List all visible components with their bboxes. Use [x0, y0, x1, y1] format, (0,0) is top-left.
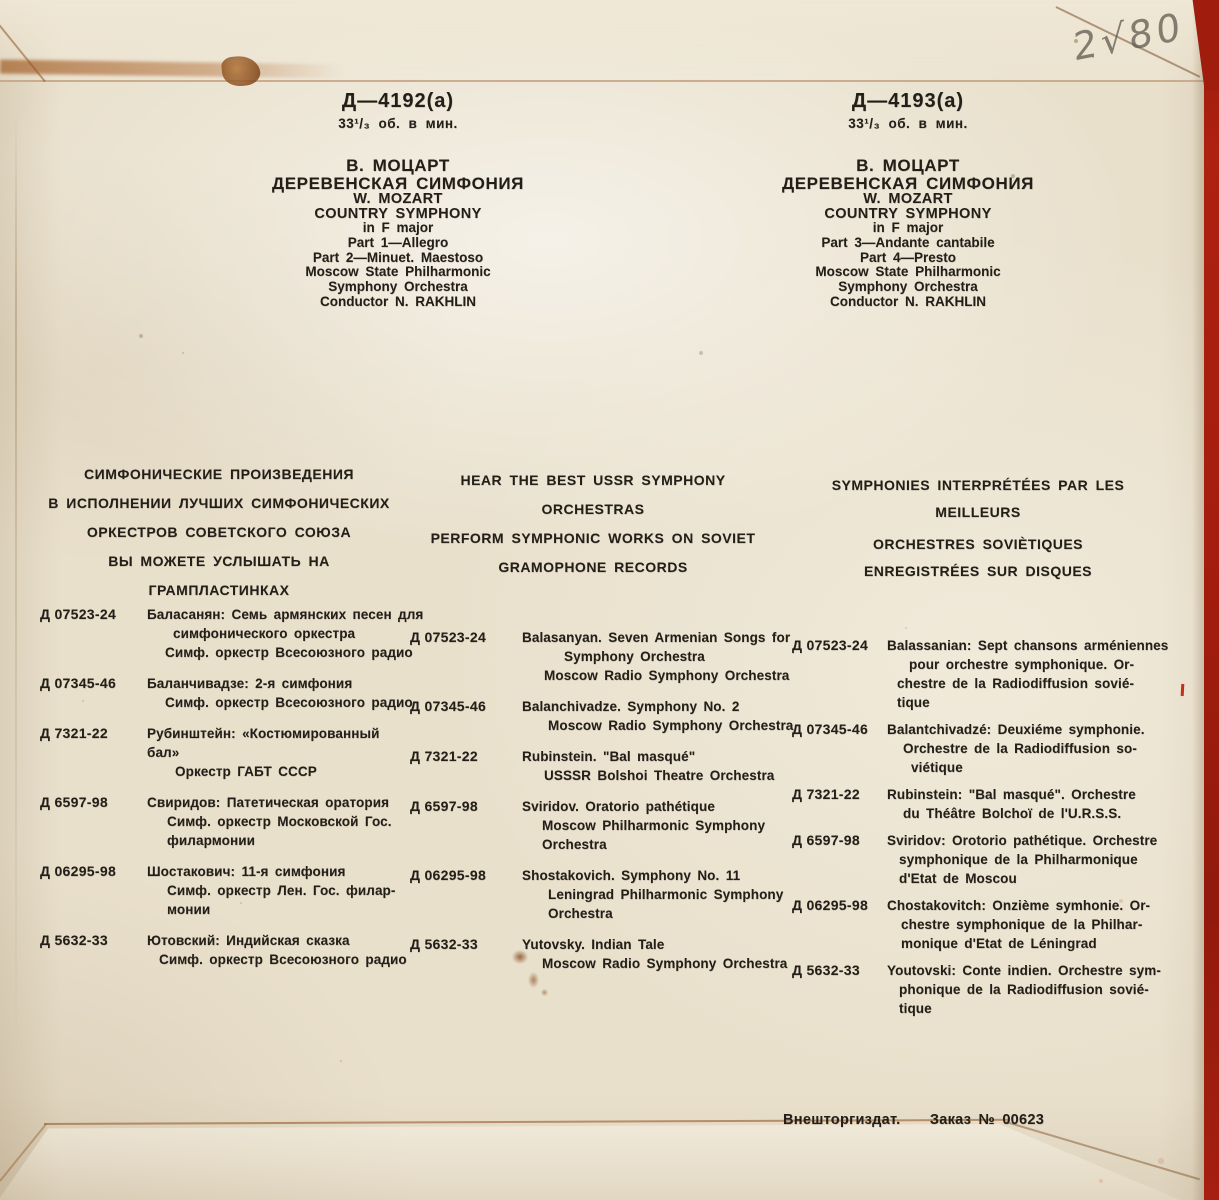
title-line-russian: В. МОЦАРТ — [743, 157, 1073, 175]
speed-line: 33¹/₃ об. в мин. — [743, 116, 1073, 131]
bottom-fold-area — [0, 1124, 1204, 1200]
catalog-entry: Д 07345-46Баланчивадзе: 2-я симфонияСимф… — [40, 674, 398, 712]
title-detail-line: Conductor N. RAKHLIN — [233, 295, 563, 310]
record-sleeve-back: 2√80 Д—4192(a) 33¹/₃ об. в мин. В. МОЦАР… — [0, 0, 1219, 1200]
column-header-line: ENREGISTRÉES SUR DISQUES — [792, 558, 1164, 585]
catalog-number: Д 06295-98 — [792, 896, 887, 953]
entry-line: Balanchivadze. Symphony No. 2 — [522, 697, 793, 716]
entry-line: Шостакович: 11-я симфония — [147, 862, 398, 881]
entry-line: Moscow Radio Symphony Orchestra — [522, 954, 787, 973]
column-header-line: ORCHESTRES SOVIÈTIQUES — [792, 531, 1164, 558]
entry-line: viétique — [887, 758, 1164, 777]
column-header-line: SYMPHONIES INTERPRÉTÉES PAR LES MEILLEUR… — [792, 472, 1164, 526]
entry-line: pour orchestre symphonique. Or- — [887, 655, 1168, 674]
title-lines: В. МОЦАРТДЕРЕВЕНСКАЯ СИМФОНИЯW. MOZARTCO… — [233, 157, 563, 310]
entry-line: Moscow Radio Symphony Orchestra — [522, 716, 793, 735]
catalog-number: Д 5632-33 — [40, 931, 147, 969]
publisher-name: Внешторгиздат. — [783, 1112, 901, 1128]
entry-line: Рубинштейн: «Костюмированный — [147, 724, 398, 743]
column-header-french: SYMPHONIES INTERPRÉTÉES PAR LES MEILLEUR… — [792, 472, 1164, 585]
entry-line: Balantchivadzé: Deuxiéme symphonie. — [887, 720, 1164, 739]
catalog-entry: Д 5632-33Ютовский: Индийская сказкаСимф.… — [40, 931, 398, 969]
entry-description: Yutovsky. Indian TaleMoscow Radio Sympho… — [522, 935, 787, 973]
catalog-entry: Д 7321-22Рубинштейн: «Костюмированныйбал… — [40, 724, 398, 781]
catalog-number: Д 7321-22 — [410, 747, 522, 785]
catalog-column-english: HEAR THE BEST USSR SYMPHONY ORCHESTRASPE… — [410, 466, 776, 985]
catalog-entry: Д 06295-98Шостакович: 11-я симфонияСимф.… — [40, 862, 398, 919]
entry-line: Свиридов: Патетическая оратория — [147, 793, 398, 812]
catalog-number: Д 5632-33 — [792, 961, 887, 1018]
column-header-line: ОРКЕСТРОВ СОВЕТСКОГО СОЮЗА — [40, 518, 398, 547]
entry-line: Moscow Radio Symphony Orchestra — [522, 666, 790, 685]
title-detail-line: Symphony Orchestra — [743, 280, 1073, 295]
entry-line: Symphony Orchestra — [522, 647, 790, 666]
entry-line: Sviridov. Oratorio pathétique — [522, 797, 776, 816]
catalog-entry: Д 06295-98Shostakovich. Symphony No. 11L… — [410, 866, 776, 923]
entry-line: филармонии — [147, 831, 398, 850]
entry-description: Balassanian: Sept chansons arméniennespo… — [887, 636, 1168, 712]
column-header-line: HEAR THE BEST USSR SYMPHONY ORCHESTRAS — [410, 466, 776, 524]
catalog-entry: Д 5632-33Youtovski: Conte indien. Orches… — [792, 961, 1164, 1018]
entry-description: Chostakovitch: Onzième symhonie. Or-ches… — [887, 896, 1164, 953]
entry-description: Баласанян: Семь армянских песен длясимфо… — [147, 605, 423, 662]
entry-line: Orchestra — [522, 904, 783, 923]
title-line-english: W. MOZART — [743, 192, 1073, 207]
entry-line: Shostakovich. Symphony No. 11 — [522, 866, 783, 885]
entry-description: Balanchivadze. Symphony No. 2Moscow Radi… — [522, 697, 793, 735]
title-line-russian: В. МОЦАРТ — [233, 157, 563, 175]
catalog-entry: Д 6597-98Свиридов: Патетическая оратория… — [40, 793, 398, 850]
title-line-english: W. MOZART — [233, 192, 563, 207]
entry-line: Orchestre de la Radiodiffusion so- — [887, 739, 1164, 758]
title-line-russian: ДЕРЕВЕНСКАЯ СИМФОНИЯ — [743, 175, 1073, 193]
entry-line: Rubinstein: "Bal masqué". Orchestre — [887, 785, 1164, 804]
catalog-entry: Д 6597-98Sviridov: Orotorio pathétique. … — [792, 831, 1164, 888]
entry-line: Симф. оркестр Московской Гос. — [147, 812, 398, 831]
entries-list: Д 07523-24Balassanian: Sept chansons arm… — [792, 636, 1164, 1018]
catalog-number: Д 7321-22 — [792, 785, 887, 823]
catalog-number: Д 07345-46 — [40, 674, 147, 712]
title-detail-line: in F major — [233, 221, 563, 236]
entry-line: chestre symphonique de la Philhar- — [887, 915, 1164, 934]
speed-line: 33¹/₃ об. в мин. — [233, 116, 563, 131]
entry-line: monique d'Etat de Léningrad — [887, 934, 1164, 953]
catalog-number: Д 6597-98 — [40, 793, 147, 850]
entry-line: Симф. оркестр Всесоюзного радио — [147, 950, 407, 969]
entry-line: бал» — [147, 743, 398, 762]
title-detail-line: Part 4—Presto — [743, 251, 1073, 266]
title-detail-line: in F major — [743, 221, 1073, 236]
catalog-number: Д 07523-24 — [410, 628, 522, 685]
entry-line: tique — [887, 999, 1164, 1018]
catalog-number: Д 06295-98 — [40, 862, 147, 919]
title-line-english: COUNTRY SYMPHONY — [233, 207, 563, 222]
column-header-line: ВЫ МОЖЕТЕ УСЛЫШАТЬ НА — [40, 547, 398, 576]
imprint-line: Внешторгиздат. Заказ № 00623 — [783, 1112, 1044, 1128]
entry-line: монии — [147, 900, 398, 919]
entry-line: Симф. оркестр Всесоюзного радио — [147, 693, 413, 712]
entry-description: Youtovski: Conte indien. Orchestre sym-p… — [887, 961, 1164, 1018]
entry-line: Youtovski: Conte indien. Orchestre sym- — [887, 961, 1164, 980]
catalog-entry: Д 07523-24Баласанян: Семь армянских песе… — [40, 605, 398, 662]
catalog-number: Д 6597-98 — [410, 797, 522, 854]
column-header-line: ГРАМПЛАСТИНКАХ — [40, 576, 398, 605]
title-lines: В. МОЦАРТДЕРЕВЕНСКАЯ СИМФОНИЯW. MOZARTCO… — [743, 157, 1073, 310]
entry-line: Yutovsky. Indian Tale — [522, 935, 787, 954]
catalog-number: Д 6597-98 — [792, 831, 887, 888]
catalog-entry: Д 7321-22Rubinstein. "Bal masqué"USSSR B… — [410, 747, 776, 785]
title-detail-line: Part 3—Andante cantabile — [743, 236, 1073, 251]
catalog-number: Д 07523-24 — [792, 636, 887, 712]
side1-label-block: Д—4192(a) 33¹/₃ об. в мин. В. МОЦАРТДЕРЕ… — [233, 90, 563, 310]
title-line-english: COUNTRY SYMPHONY — [743, 207, 1073, 222]
catalog-number: Д 7321-22 — [40, 724, 147, 781]
entry-description: Rubinstein. "Bal masqué"USSSR Bolshoi Th… — [522, 747, 776, 785]
side2-label-block: Д—4193(a) 33¹/₃ об. в мин. В. МОЦАРТДЕРЕ… — [743, 90, 1073, 310]
catalog-number: Д 07523-24 — [40, 605, 147, 662]
catalog-number: Д 5632-33 — [410, 935, 522, 973]
title-detail-line: Part 2—Minuet. Maestoso — [233, 251, 563, 266]
entry-line: Ютовский: Индийская сказка — [147, 931, 407, 950]
entry-description: Баланчивадзе: 2-я симфонияСимф. оркестр … — [147, 674, 413, 712]
paper-edge-shadow — [1192, 0, 1204, 1200]
catalog-column-russian: СИМФОНИЧЕСКИЕ ПРОИЗВЕДЕНИЯВ ИСПОЛНЕНИИ Л… — [40, 460, 398, 981]
entry-line: tique — [887, 693, 1168, 712]
entry-description: Balasanyan. Seven Armenian Songs forSymp… — [522, 628, 790, 685]
catalog-number: Д 07345-46 — [792, 720, 887, 777]
title-detail-line: Conductor N. RAKHLIN — [743, 295, 1073, 310]
entry-line: USSSR Bolshoi Theatre Orchestra — [522, 766, 776, 785]
entry-line: Chostakovitch: Onzième symhonie. Or- — [887, 896, 1164, 915]
catalog-column-french: SYMPHONIES INTERPRÉTÉES PAR LES MEILLEUR… — [792, 472, 1164, 1026]
title-detail-line: Moscow State Philharmonic — [743, 265, 1073, 280]
crease-line — [15, 110, 17, 1070]
catalog-number: Д 07345-46 — [410, 697, 522, 735]
catalog-entry: Д 7321-22Rubinstein: "Bal masqué". Orche… — [792, 785, 1164, 823]
column-header-russian: СИМФОНИЧЕСКИЕ ПРОИЗВЕДЕНИЯВ ИСПОЛНЕНИИ Л… — [40, 460, 398, 605]
catalog-entry: Д 06295-98Chostakovitch: Onzième symhoni… — [792, 896, 1164, 953]
title-detail-line: Part 1—Allegro — [233, 236, 563, 251]
entry-description: Ютовский: Индийская сказкаСимф. оркестр … — [147, 931, 407, 969]
entries-list: Д 07523-24Balasanyan. Seven Armenian Son… — [410, 628, 776, 973]
catalog-number-side2: Д—4193(a) — [743, 90, 1073, 113]
entry-line: симфонического оркестра — [147, 624, 423, 643]
entry-line: Balassanian: Sept chansons arméniennes — [887, 636, 1168, 655]
entry-line: Оркестр ГАБТ СССР — [147, 762, 398, 781]
catalog-entry: Д 07523-24Balasanyan. Seven Armenian Son… — [410, 628, 776, 685]
column-header-line: GRAMOPHONE RECORDS — [410, 553, 776, 582]
entry-line: Rubinstein. "Bal masqué" — [522, 747, 776, 766]
catalog-entry: Д 07345-46Balanchivadze. Symphony No. 2M… — [410, 697, 776, 735]
entry-line: Sviridov: Orotorio pathétique. Orchestre — [887, 831, 1164, 850]
entry-line: Orchestra — [522, 835, 776, 854]
entry-line: symphonique de la Philharmonique — [887, 850, 1164, 869]
column-header-line: PERFORM SYMPHONIC WORKS ON SOVIET — [410, 524, 776, 553]
column-header-line: В ИСПОЛНЕНИИ ЛУЧШИХ СИМФОНИЧЕСКИХ — [40, 489, 398, 518]
entry-line: Симф. оркестр Лен. Гос. филар- — [147, 881, 398, 900]
title-detail-line: Symphony Orchestra — [233, 280, 563, 295]
entry-line: du Théâtre Bolchoï de l'U.R.S.S. — [887, 804, 1164, 823]
catalog-entry: Д 07523-24Balassanian: Sept chansons arm… — [792, 636, 1164, 712]
catalog-number: Д 06295-98 — [410, 866, 522, 923]
entry-description: Sviridov. Oratorio pathétiqueMoscow Phil… — [522, 797, 776, 854]
entry-line: d'Etat de Moscou — [887, 869, 1164, 888]
entry-line: Leningrad Philharmonic Symphony — [522, 885, 783, 904]
column-header-line: СИМФОНИЧЕСКИЕ ПРОИЗВЕДЕНИЯ — [40, 460, 398, 489]
red-mark — [1181, 684, 1185, 696]
catalog-number-side1: Д—4192(a) — [233, 90, 563, 113]
catalog-entry: Д 5632-33Yutovsky. Indian TaleMoscow Rad… — [410, 935, 776, 973]
entry-description: Рубинштейн: «Костюмированныйбал»Оркестр … — [147, 724, 398, 781]
entry-description: Свиридов: Патетическая ораторияСимф. орк… — [147, 793, 398, 850]
entry-description: Shostakovich. Symphony No. 11Leningrad P… — [522, 866, 783, 923]
paper-speckles — [0, 0, 2, 2]
title-detail-line: Moscow State Philharmonic — [233, 265, 563, 280]
entry-line: Баланчивадзе: 2-я симфония — [147, 674, 413, 693]
order-number: Заказ № 00623 — [930, 1112, 1044, 1128]
entries-list: Д 07523-24Баласанян: Семь армянских песе… — [40, 605, 398, 969]
column-header-english: HEAR THE BEST USSR SYMPHONY ORCHESTRASPE… — [410, 466, 776, 582]
entry-line: Moscow Philharmonic Symphony — [522, 816, 776, 835]
entry-line: Balasanyan. Seven Armenian Songs for — [522, 628, 790, 647]
entry-line: Симф. оркестр Всесоюзного радио — [147, 643, 423, 662]
catalog-entry: Д 6597-98Sviridov. Oratorio pathétiqueMo… — [410, 797, 776, 854]
title-line-russian: ДЕРЕВЕНСКАЯ СИМФОНИЯ — [233, 175, 563, 193]
entry-line: chestre de la Radiodiffusion sovié- — [887, 674, 1168, 693]
entry-line: Баласанян: Семь армянских песен для — [147, 605, 423, 624]
entry-description: Sviridov: Orotorio pathétique. Orchestre… — [887, 831, 1164, 888]
entry-description: Balantchivadzé: Deuxiéme symphonie.Orche… — [887, 720, 1164, 777]
entry-description: Rubinstein: "Bal masqué". Orchestredu Th… — [887, 785, 1164, 823]
stain — [541, 989, 548, 996]
entry-line: phonique de la Radiodiffusion sovié- — [887, 980, 1164, 999]
red-sleeve-edge — [1204, 0, 1219, 1200]
catalog-entry: Д 07345-46Balantchivadzé: Deuxiéme symph… — [792, 720, 1164, 777]
entry-description: Шостакович: 11-я симфонияСимф. оркестр Л… — [147, 862, 398, 919]
